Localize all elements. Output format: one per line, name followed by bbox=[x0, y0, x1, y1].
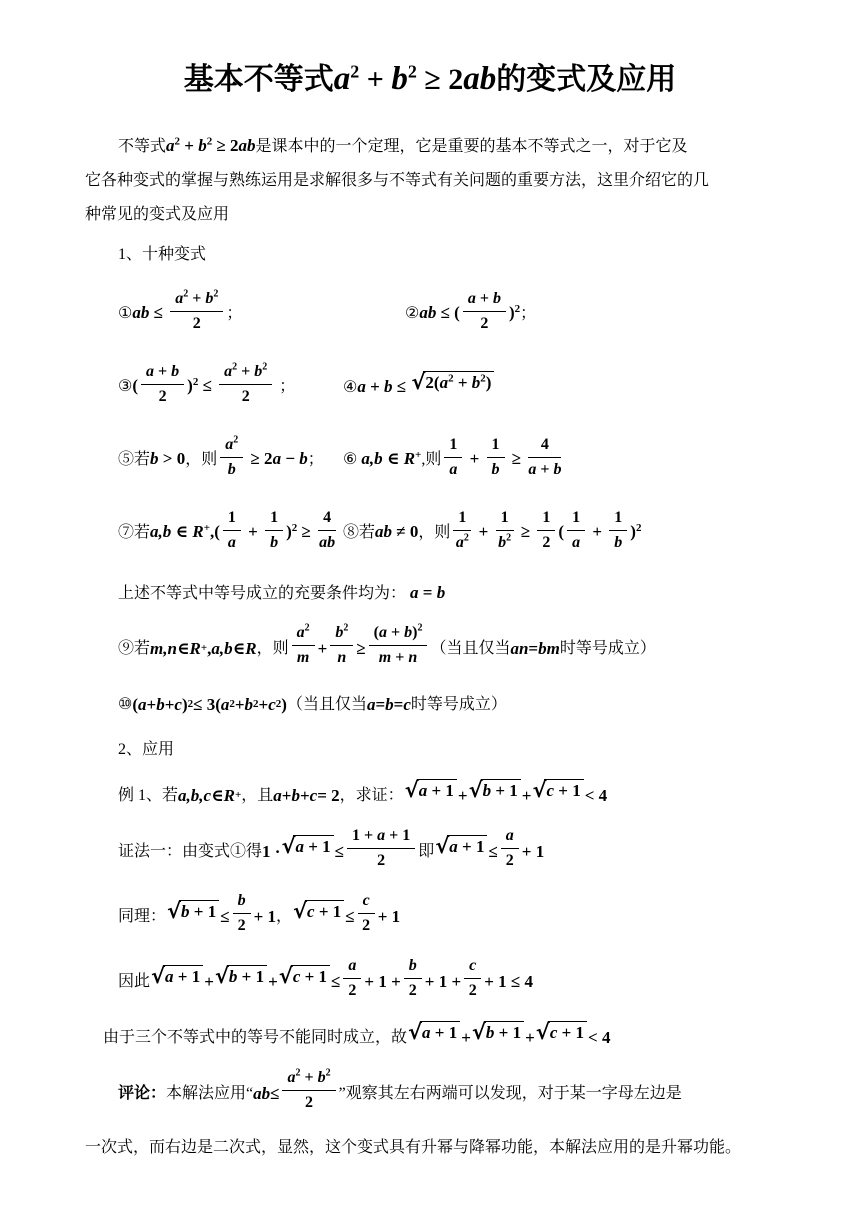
math-variable: a bbox=[287, 1069, 295, 1086]
math-variable: m bbox=[379, 649, 391, 666]
math-operator: ∈ bbox=[233, 633, 246, 664]
math-variable: a bbox=[410, 583, 419, 602]
document-body: 不等式a2 + b2 ≥ 2ab是课本中的一个定理，它是重要的基本不等式之一，对… bbox=[85, 130, 775, 1163]
fraction-denominator: a bbox=[567, 531, 585, 554]
text-run: ，则 bbox=[257, 633, 289, 664]
math-operator: ≤ bbox=[488, 836, 497, 867]
math-operator: 1 bbox=[614, 509, 622, 526]
document-page: 基本不等式a2 + b2 ≥ 2ab的变式及应用 不等式a2 + b2 ≥ 2a… bbox=[0, 0, 860, 1215]
fraction-denominator: a bbox=[223, 531, 241, 554]
equality-condition: 上述不等式中等号成立的充要条件均为： a = b bbox=[85, 577, 775, 609]
text-run: ⑨若 bbox=[118, 633, 150, 664]
math-square-root: √c + 1 bbox=[532, 779, 583, 810]
math-fraction: a2 + b22 bbox=[219, 361, 272, 408]
math-variable: c bbox=[307, 902, 315, 921]
math-variable: a bbox=[506, 827, 514, 844]
math-variable: R bbox=[192, 522, 203, 541]
fraction-denominator: 2 bbox=[233, 914, 251, 937]
math-variable: b bbox=[181, 902, 190, 921]
math-square-root: √c + 1 bbox=[279, 965, 330, 996]
math-variable: a bbox=[367, 689, 376, 720]
math-variable: b bbox=[229, 967, 238, 986]
math-operator: ∈ bbox=[211, 780, 224, 811]
math-fraction: 1b bbox=[609, 507, 627, 554]
radicand: c + 1 bbox=[548, 1021, 587, 1044]
math-variable: a bbox=[297, 624, 305, 641]
fraction-denominator: b bbox=[265, 531, 283, 554]
math-variable: a bbox=[295, 837, 304, 856]
math-variable: b bbox=[238, 892, 246, 909]
text-run: 是课本中的一个定理，它是重要的基本不等式之一，对于它及 bbox=[256, 138, 688, 155]
math-operator: ≤ bbox=[220, 901, 229, 932]
text-run: 它各种变式的掌握与熟练运用是求解很多与不等式有关问题的重要方法，这里介绍它的几 bbox=[85, 172, 709, 189]
fraction-denominator: a2 bbox=[453, 531, 471, 554]
variant-row-1-2: ①ab ≤ a2 + b22；②ab ≤ (a + b2)2； bbox=[118, 285, 775, 343]
math-variable: R bbox=[404, 449, 415, 468]
math-operator: + bbox=[300, 1069, 317, 1086]
math-operator: + 1 bbox=[254, 901, 276, 932]
math-operator: + 1 bbox=[304, 837, 331, 856]
section-1-heading: 1、十种变式 bbox=[85, 239, 775, 270]
math-operator: + 1 ≤ 4 bbox=[484, 966, 533, 997]
math-operator: 1 bbox=[501, 509, 509, 526]
math-operator: ≤ 3( bbox=[193, 689, 221, 720]
fraction-numerator: (a + b)2 bbox=[369, 622, 428, 646]
text-run: ② bbox=[405, 305, 419, 322]
math-operator: < 4 bbox=[588, 1022, 610, 1053]
math-operator: ≤ bbox=[198, 376, 216, 395]
math-variable: a bbox=[440, 373, 449, 392]
text-run: 由于三个不等式中的等号不能同时成立，故 bbox=[103, 1022, 407, 1053]
math-fraction: a2 + b22 bbox=[282, 1067, 335, 1114]
math-fraction: a2 + b22 bbox=[170, 288, 223, 335]
text-run: ④ bbox=[343, 379, 357, 396]
math-operator: + bbox=[318, 633, 328, 664]
text-run: ，则 bbox=[418, 524, 450, 541]
math-operator: + 1 bbox=[458, 837, 485, 856]
fraction-denominator: b bbox=[220, 458, 243, 481]
comment-line-1: 评论：本解法应用“ ab ≤ a2 + b22 ”观察其左右两端可以发现，对于某… bbox=[118, 1067, 775, 1119]
math-operator: ≥ bbox=[356, 633, 365, 664]
math-operator: ≥ 2 bbox=[212, 136, 238, 155]
math-superscript: 2 bbox=[233, 434, 238, 445]
text-run: 1、十种变式 bbox=[118, 246, 206, 263]
math-operator: 2 bbox=[242, 388, 250, 405]
math-variable: a bbox=[572, 534, 580, 551]
math-variable: c bbox=[310, 780, 318, 811]
intro-line-1: 不等式a2 + b2 ≥ 2ab是课本中的一个定理，它是重要的基本不等式之一，对… bbox=[85, 130, 775, 162]
math-square-root: √a + 1 bbox=[405, 779, 457, 810]
math-variable: a bbox=[273, 780, 282, 811]
math-operator: ) bbox=[486, 373, 492, 392]
math-variable: ab bbox=[419, 303, 436, 322]
math-operator: + bbox=[474, 522, 492, 541]
variant-9: ⑨若m,n ∈ R+,a,b ∈ R，则a2m + b2n ≥ (a + b)2… bbox=[118, 622, 775, 674]
math-variable: a bbox=[225, 436, 233, 453]
math-fraction: 1a2 bbox=[453, 507, 471, 554]
fraction-numerator: b bbox=[233, 890, 251, 914]
fraction-numerator: c bbox=[464, 955, 481, 979]
math-fraction: a + b2 bbox=[141, 361, 184, 408]
math-operator: + 1 bbox=[522, 836, 544, 867]
radicand: c + 1 bbox=[544, 779, 583, 802]
math-operator: + bbox=[259, 689, 269, 720]
math-variable: c bbox=[293, 967, 301, 986]
intro-line-2: 它各种变式的掌握与熟练运用是求解很多与不等式有关问题的重要方法，这里介绍它的几 bbox=[85, 165, 775, 196]
math-variable: ab bbox=[132, 303, 149, 322]
math-square-root: √b + 1 bbox=[167, 900, 219, 931]
math-square-root: √b + 1 bbox=[215, 965, 267, 996]
math-operator: + bbox=[391, 649, 408, 666]
fraction-numerator: 1 bbox=[537, 507, 555, 531]
math-square-root: √a + 1 bbox=[435, 835, 487, 866]
math-operator: + bbox=[525, 1022, 535, 1053]
math-variable: a bbox=[449, 837, 458, 856]
math-operator: 4 bbox=[541, 436, 549, 453]
math-operator: 2 bbox=[348, 982, 356, 999]
variant-3: ③(a + b2)2 ≤ a2 + b22 ； bbox=[118, 364, 343, 411]
text-run: 不等式 bbox=[118, 138, 166, 155]
math-operator: ≤ bbox=[331, 966, 340, 997]
fraction-numerator: 4 bbox=[528, 434, 561, 458]
math-fraction: 1b bbox=[265, 507, 283, 554]
math-operator: ≠ 0 bbox=[392, 522, 418, 541]
math-operator: < 4 bbox=[585, 780, 607, 811]
fraction-denominator: m + n bbox=[369, 646, 428, 669]
math-variable: ab bbox=[239, 136, 256, 155]
math-variable: c bbox=[546, 781, 554, 800]
math-operator: = bbox=[394, 689, 404, 720]
math-variable: b bbox=[150, 449, 159, 468]
math-fraction: a2 bbox=[501, 825, 519, 872]
math-variable: m bbox=[297, 649, 309, 666]
math-fraction: a + b2 bbox=[463, 288, 506, 335]
math-variable: ab bbox=[463, 61, 496, 97]
math-operator: ≤ bbox=[345, 901, 354, 932]
fraction-numerator: 1 bbox=[567, 507, 585, 531]
fraction-numerator: a2 bbox=[220, 434, 243, 458]
math-operator: + bbox=[235, 689, 245, 720]
fraction-numerator: a2 bbox=[292, 622, 315, 646]
fraction-denominator: n bbox=[330, 646, 353, 669]
math-superscript: 2 bbox=[305, 622, 310, 633]
math-variable: b bbox=[553, 461, 561, 478]
text-run: ⑩ bbox=[118, 689, 132, 720]
text-run: ； bbox=[308, 451, 324, 468]
math-variable: b bbox=[254, 363, 262, 380]
variant-10: ⑩(a + b + c)2 ≤ 3(a2 + b2 + c2)（当且仅当a = … bbox=[118, 687, 775, 721]
text-run: （当且仅当 bbox=[287, 689, 367, 720]
fraction-numerator: 1 bbox=[223, 507, 241, 531]
math-superscript: 2 bbox=[326, 1067, 331, 1078]
math-operator: ≥ bbox=[517, 522, 535, 541]
math-variable: a,b bbox=[150, 522, 171, 541]
math-superscript: 2 bbox=[408, 61, 417, 81]
math-operator: = bbox=[375, 689, 385, 720]
math-operator: + 1 bbox=[315, 902, 342, 921]
math-operator: ∈ bbox=[171, 522, 192, 541]
fraction-denominator: 2 bbox=[282, 1091, 335, 1114]
fraction-numerator: a2 + b2 bbox=[170, 288, 223, 312]
fraction-denominator: b bbox=[487, 458, 505, 481]
math-variable: a bbox=[468, 290, 476, 307]
math-operator: + bbox=[387, 624, 404, 641]
fraction-denominator: 2 bbox=[537, 531, 555, 554]
example-1: 例 1、若a,b,c ∈ R+，且a + b + c = 2，求证： √a + … bbox=[118, 778, 775, 812]
fraction-numerator: c bbox=[358, 890, 375, 914]
fraction-denominator: 2 bbox=[141, 385, 184, 408]
math-fraction: 1a bbox=[444, 434, 462, 481]
proof-1-line-1: 证法一：由变式①得1 · √a + 1 ≤ 1 + a + 12即 √a + 1… bbox=[118, 825, 775, 877]
math-variable: b bbox=[171, 363, 179, 380]
radicand: b + 1 bbox=[481, 779, 521, 802]
math-operator: + bbox=[180, 136, 198, 155]
fraction-denominator: 2 bbox=[501, 849, 519, 872]
math-square-root: √c + 1 bbox=[293, 900, 344, 931]
fraction-denominator: ab bbox=[318, 531, 336, 554]
math-operator: + bbox=[282, 780, 292, 811]
math-fraction: a2b bbox=[220, 434, 243, 481]
math-operator: + 1 bbox=[237, 967, 264, 986]
math-superscript: 2 bbox=[343, 622, 348, 633]
fraction-denominator: 2 bbox=[358, 914, 375, 937]
math-superscript: 2 bbox=[506, 532, 511, 543]
variant-7: ⑦若a,b ∈ R+,(1a + 1b)2 ≥ 4ab bbox=[118, 510, 343, 557]
math-variable: a bbox=[334, 61, 351, 97]
variant-row-5-6: ⑤若b > 0，则a2b ≥ 2a − b；⑥ a,b ∈ R+,则1a + 1… bbox=[118, 431, 775, 489]
radicand: a + 1 bbox=[163, 965, 203, 988]
math-variable: b bbox=[270, 534, 278, 551]
radicand: 2(a2 + b2) bbox=[423, 371, 494, 394]
fraction-numerator: 1 bbox=[453, 507, 471, 531]
text-run-bold: 评论： bbox=[118, 1078, 166, 1109]
fraction-denominator: 2 bbox=[170, 312, 223, 335]
math-fraction: 4a + b bbox=[528, 434, 561, 481]
math-operator: ≤ ( bbox=[436, 303, 460, 322]
math-operator: ) bbox=[182, 689, 188, 720]
math-variable: b bbox=[486, 1023, 495, 1042]
math-variable: a bbox=[419, 781, 428, 800]
text-run: ，求证： bbox=[340, 780, 404, 811]
math-operator: ,( bbox=[210, 522, 220, 541]
math-operator: + 1 bbox=[431, 1023, 458, 1042]
math-operator: + 1 bbox=[385, 827, 410, 844]
math-variable: n bbox=[408, 649, 417, 666]
text-run: ⑦若 bbox=[118, 524, 150, 541]
math-variable: b bbox=[384, 377, 393, 396]
math-operator: ∈ bbox=[177, 633, 190, 664]
math-variable: a bbox=[224, 363, 232, 380]
math-operator: + bbox=[188, 290, 205, 307]
math-variable: a bbox=[377, 827, 385, 844]
radicand: b + 1 bbox=[227, 965, 267, 988]
math-operator: + bbox=[359, 63, 391, 96]
math-operator: ≥ bbox=[508, 449, 526, 468]
math-operator: = 2 bbox=[317, 780, 339, 811]
text-run: ； bbox=[226, 305, 242, 322]
math-operator: + bbox=[476, 290, 493, 307]
variant-6: ⑥ a,b ∈ R+,则1a + 1b ≥ 4a + b bbox=[343, 437, 564, 484]
math-operator: 2 bbox=[480, 315, 488, 332]
math-superscript: 2 bbox=[350, 61, 359, 81]
math-operator: 2 bbox=[409, 982, 417, 999]
math-operator: 2 bbox=[193, 315, 201, 332]
math-variable: a,b,c bbox=[178, 780, 211, 811]
text-run: 同理： bbox=[118, 901, 166, 932]
math-variable: b bbox=[299, 449, 308, 468]
math-fraction: a2m bbox=[292, 622, 315, 669]
math-operator: + bbox=[237, 363, 254, 380]
math-variable: b bbox=[614, 534, 622, 551]
math-variable: bm bbox=[538, 633, 560, 664]
math-operator: + 1 bbox=[427, 781, 454, 800]
text-run: ， bbox=[276, 901, 292, 932]
math-fraction: 1b bbox=[487, 434, 505, 481]
math-square-root: √a + 1 bbox=[151, 965, 203, 996]
proof-1-line-3: 因此 √a + 1 + √b + 1 + √c + 1 ≤ a2 + 1 + b… bbox=[118, 955, 775, 1007]
radicand: c + 1 bbox=[305, 900, 344, 923]
math-variable: a bbox=[357, 377, 366, 396]
math-superscript: 2 bbox=[417, 622, 422, 633]
math-operator: + bbox=[465, 449, 483, 468]
text-run: ① bbox=[118, 305, 132, 322]
math-variable: ab bbox=[375, 522, 392, 541]
fraction-numerator: a bbox=[343, 955, 361, 979]
math-operator: + bbox=[165, 689, 175, 720]
math-variable: b bbox=[156, 689, 165, 720]
text-run: 本解法应用“ bbox=[166, 1078, 253, 1109]
math-fraction: c2 bbox=[464, 955, 481, 1002]
text-run: ； bbox=[520, 305, 536, 322]
radicand: a + 1 bbox=[447, 835, 487, 858]
math-square-root: √2(a2 + b2) bbox=[411, 371, 494, 402]
math-operator: + bbox=[147, 689, 157, 720]
fraction-denominator: 2 bbox=[464, 979, 481, 1002]
math-operator: + bbox=[522, 780, 532, 811]
math-variable: b bbox=[472, 373, 481, 392]
math-operator: 2 bbox=[542, 534, 550, 551]
fraction-denominator: 2 bbox=[404, 979, 422, 1002]
math-variable: b bbox=[492, 461, 500, 478]
math-operator: + 1 bbox=[554, 781, 581, 800]
math-operator: ≥ 2 bbox=[417, 63, 463, 96]
math-square-root: √b + 1 bbox=[472, 1021, 524, 1052]
math-superscript: 2 bbox=[464, 532, 469, 543]
math-variable: a bbox=[449, 461, 457, 478]
math-operator: ( bbox=[558, 522, 564, 541]
text-run: ”观察其左右两端可以发现，对于某一字母左边是 bbox=[339, 1078, 682, 1109]
math-variable: a bbox=[228, 534, 236, 551]
fraction-numerator: a + b bbox=[463, 288, 506, 312]
math-variable: c bbox=[268, 689, 276, 720]
fraction-numerator: 1 bbox=[496, 507, 514, 531]
math-operator: + bbox=[461, 1022, 471, 1053]
math-fraction: 4ab bbox=[318, 507, 336, 554]
math-operator: + 1 bbox=[557, 1023, 584, 1042]
math-operator: + 1 bbox=[300, 967, 327, 986]
math-variable: m,n bbox=[150, 633, 177, 664]
math-operator: + bbox=[268, 966, 278, 997]
math-operator: = bbox=[528, 633, 538, 664]
math-variable: b bbox=[245, 689, 254, 720]
radicand: a + 1 bbox=[420, 1021, 460, 1044]
math-variable: R bbox=[224, 780, 235, 811]
math-operator: + bbox=[300, 780, 310, 811]
math-operator: ≤ bbox=[335, 836, 344, 867]
math-variable: b bbox=[335, 624, 343, 641]
math-square-root: √c + 1 bbox=[536, 1021, 587, 1052]
math-operator: > 0 bbox=[159, 449, 186, 468]
fraction-numerator: b bbox=[404, 955, 422, 979]
math-operator: 1 bbox=[492, 436, 500, 453]
math-fraction: b2 bbox=[404, 955, 422, 1002]
math-superscript: 2 bbox=[262, 361, 267, 372]
math-variable: c bbox=[174, 689, 182, 720]
math-operator: 2 bbox=[469, 982, 477, 999]
math-operator: + 1 bbox=[378, 901, 400, 932]
math-operator: ≤ bbox=[270, 1078, 279, 1109]
radicand: a + 1 bbox=[293, 835, 333, 858]
fraction-denominator: b2 bbox=[496, 531, 514, 554]
math-operator: + 1 bbox=[491, 781, 518, 800]
math-fraction: b2 bbox=[233, 890, 251, 937]
math-fraction: (a + b)2m + n bbox=[369, 622, 428, 669]
text-run: ⑤若 bbox=[118, 451, 150, 468]
text-run: 证法一：由变式①得 bbox=[118, 836, 262, 867]
math-operator: ≤ bbox=[149, 303, 167, 322]
math-variable: b bbox=[493, 290, 501, 307]
fraction-denominator: m bbox=[292, 646, 315, 669]
math-operator: ≥ 2 bbox=[246, 449, 272, 468]
text-run: 的变式及应用 bbox=[496, 63, 676, 96]
math-variable: ab bbox=[319, 534, 335, 551]
math-variable: c bbox=[469, 957, 476, 974]
text-run: ③ bbox=[118, 378, 132, 395]
math-superscript: 2 bbox=[213, 288, 218, 299]
math-variable: b bbox=[498, 534, 506, 551]
fraction-numerator: a2 + b2 bbox=[219, 361, 272, 385]
math-operator: 1 bbox=[270, 509, 278, 526]
math-variable: a bbox=[221, 689, 230, 720]
variant-8: ⑧若ab ≠ 0，则1a2 + 1b2 ≥ 12(1a + 1b)2 bbox=[343, 510, 641, 557]
math-fraction: c2 bbox=[358, 890, 375, 937]
math-operator: + bbox=[154, 363, 171, 380]
math-operator: 2 bbox=[506, 852, 514, 869]
fraction-denominator: 2 bbox=[343, 979, 361, 1002]
math-variable: ab bbox=[253, 1078, 270, 1109]
math-operator: + bbox=[454, 373, 472, 392]
text-run: 例 1、若 bbox=[118, 780, 178, 811]
math-variable: R bbox=[190, 633, 201, 664]
math-operator: + 1 bbox=[190, 902, 217, 921]
math-operator: 2 bbox=[377, 852, 385, 869]
variant-2: ②ab ≤ (a + b2)2； bbox=[405, 291, 536, 338]
math-operator: 1 + bbox=[352, 827, 377, 844]
intro-line-3: 种常见的变式及应用 bbox=[85, 199, 775, 230]
text-run: ⑧若 bbox=[343, 524, 375, 541]
math-variable: c bbox=[363, 892, 370, 909]
variant-1: ①ab ≤ a2 + b22； bbox=[118, 291, 405, 338]
math-operator: + bbox=[244, 522, 262, 541]
math-operator: + 1 + bbox=[425, 966, 461, 997]
comment-line-2: 一次式，而右边是二次式，显然，这个变式具有升幂与降幂功能，本解法应用的是升幂功能… bbox=[85, 1132, 775, 1163]
text-run: （当且仅当 bbox=[430, 633, 510, 664]
math-operator: + bbox=[204, 966, 214, 997]
text-run: ⑥ bbox=[343, 451, 361, 468]
math-variable: a,b bbox=[361, 449, 382, 468]
fraction-numerator: a + b bbox=[141, 361, 184, 385]
math-variable: b bbox=[391, 61, 408, 97]
